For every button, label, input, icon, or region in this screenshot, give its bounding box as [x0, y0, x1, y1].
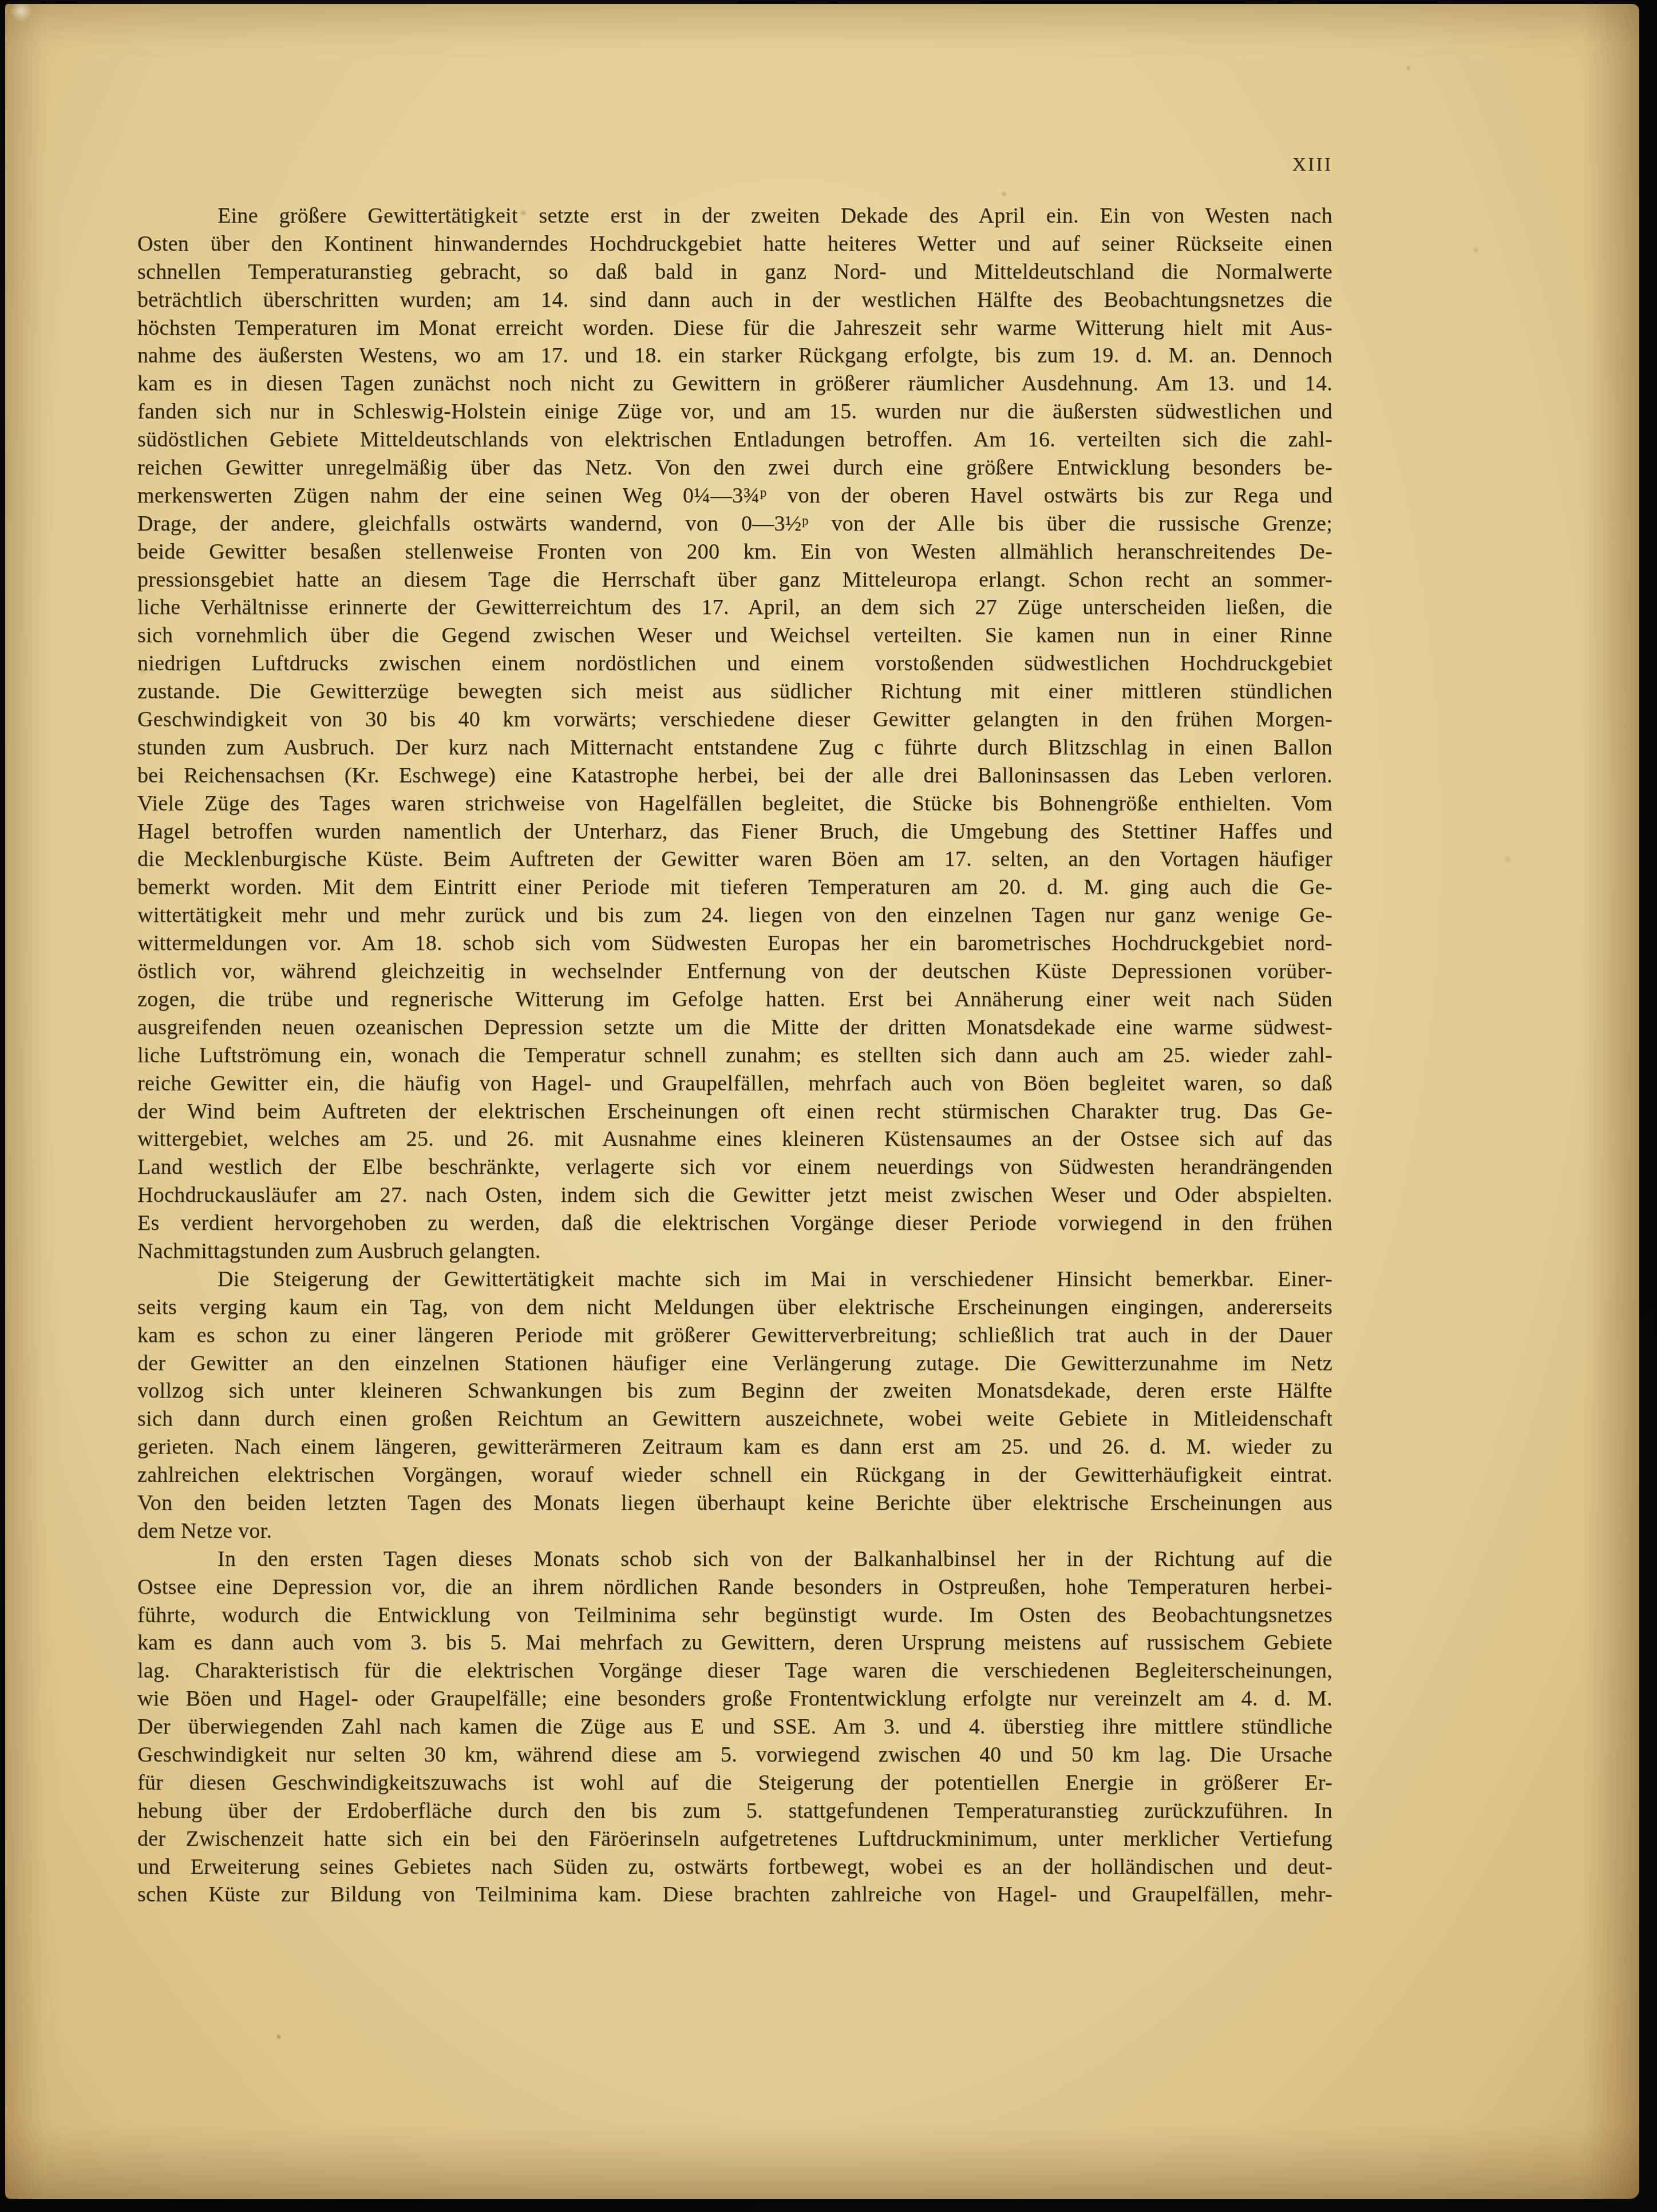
text-line: Hagel betroffen wurden namentlich der Un…	[137, 818, 1332, 846]
text-line: sich dann durch einen großen Reichtum an…	[137, 1405, 1332, 1433]
text-line: der Gewitter an den einzelnen Stationen …	[137, 1350, 1332, 1378]
text-line: Osten über den Kontinent hinwanderndes H…	[137, 230, 1332, 258]
text-line: ausgreifenden neuen ozeanischen Depressi…	[137, 1014, 1332, 1042]
text-line: kam es schon zu einer längeren Periode m…	[137, 1321, 1332, 1350]
text-line: für diesen Geschwindigkeitszuwachs ist w…	[137, 1769, 1332, 1797]
page-number: XIII	[137, 154, 1332, 176]
text-line: kam es dann auch vom 3. bis 5. Mai mehrf…	[137, 1629, 1332, 1657]
text-line: der Zwischenzeit hatte sich ein bei den …	[137, 1825, 1332, 1853]
text-line: Die Steigerung der Gewittertätigkeit mac…	[137, 1265, 1332, 1293]
text-line: beide Gewitter besaßen stellenweise Fron…	[137, 538, 1332, 566]
text-line: nahme des äußersten Westens, wo am 17. u…	[137, 342, 1332, 370]
text-line: wie Böen und Hagel- oder Graupelfälle; e…	[137, 1685, 1332, 1713]
text-line: bemerkt worden. Mit dem Eintritt einer P…	[137, 873, 1332, 901]
text-line: der Wind beim Auftreten der elektrischen…	[137, 1098, 1332, 1126]
text-line: gerieten. Nach einem längeren, gewitterä…	[137, 1433, 1332, 1461]
text-line: schnellen Temperaturanstieg gebracht, so…	[137, 258, 1332, 286]
text-line: wittergebiet, welches am 25. und 26. mit…	[137, 1125, 1332, 1153]
text-line: höchsten Temperaturen im Monat erreicht …	[137, 314, 1332, 342]
text-line: reichen Gewitter unregelmäßig über das N…	[137, 454, 1332, 482]
text-line: östlich vor, während gleichzeitig in wec…	[137, 957, 1332, 986]
text-line: dem Netze vor.	[137, 1517, 1332, 1545]
book-page: XIII Eine größere Gewittertätigkeit setz…	[5, 4, 1639, 2199]
text-line: Viele Züge des Tages waren strichweise v…	[137, 790, 1332, 818]
text-line: Geschwindigkeit nur selten 30 km, währen…	[137, 1741, 1332, 1769]
text-line: zahlreichen elektrischen Vorgängen, wora…	[137, 1461, 1332, 1489]
text-line: Es verdient hervorgehoben zu werden, daß…	[137, 1209, 1332, 1237]
text-line: zustande. Die Gewitterzüge bewegten sich…	[137, 678, 1332, 706]
text-line: pressionsgebiet hatte an diesem Tage die…	[137, 566, 1332, 594]
text-line: seits verging kaum ein Tag, von dem nich…	[137, 1293, 1332, 1321]
text-line: zogen, die trübe und regnerische Witteru…	[137, 986, 1332, 1014]
text-line: die Mecklenburgische Küste. Beim Auftret…	[137, 845, 1332, 873]
text-line: Nachmittagstunden zum Ausbruch gelangten…	[137, 1237, 1332, 1265]
text-line: Ostsee eine Depression vor, die an ihrem…	[137, 1573, 1332, 1601]
text-line: niedrigen Luftdrucks zwischen einem nord…	[137, 650, 1332, 678]
scanned-page-screenshot: { "page": { "page_number": "XIII", "para…	[0, 0, 1657, 2212]
text-line: wittermeldungen vor. Am 18. schob sich v…	[137, 929, 1332, 957]
text-line: hebung über der Erdoberfläche durch den …	[137, 1797, 1332, 1825]
text-line: reiche Gewitter ein, die häufig von Hage…	[137, 1070, 1332, 1098]
text-line: und Erweiterung seines Gebietes nach Süd…	[137, 1853, 1332, 1881]
text-line: südöstlichen Gebiete Mitteldeutschlands …	[137, 426, 1332, 454]
text-line: stunden zum Ausbruch. Der kurz nach Mitt…	[137, 734, 1332, 762]
text-line: vollzog sich unter kleineren Schwankunge…	[137, 1377, 1332, 1405]
text-line: Drage, der andere, gleichfalls ostwärts …	[137, 510, 1332, 538]
text-line: liche Verhältnisse erinnerte der Gewitte…	[137, 593, 1332, 622]
text-line: kam es in diesen Tagen zunächst noch nic…	[137, 370, 1332, 398]
text-line: lag. Charakteristisch für die elektrisch…	[137, 1657, 1332, 1685]
text-line: In den ersten Tagen dieses Monats schob …	[137, 1545, 1332, 1573]
text-line: liche Luftströmung ein, wonach die Tempe…	[137, 1042, 1332, 1070]
text-line: beträchtlich überschritten wurden; am 14…	[137, 286, 1332, 314]
text-line: sich vornehmlich über die Gegend zwische…	[137, 622, 1332, 650]
text-line: Geschwindigkeit von 30 bis 40 km vorwärt…	[137, 706, 1332, 734]
text-line: schen Küste zur Bildung von Teilminima k…	[137, 1881, 1332, 1909]
text-line: wittertätigkeit mehr und mehr zurück und…	[137, 901, 1332, 929]
text-line: bei Reichensachsen (Kr. Eschwege) eine K…	[137, 762, 1332, 790]
text-line: Hochdruckausläufer am 27. nach Osten, in…	[137, 1181, 1332, 1209]
text-line: Land westlich der Elbe beschränkte, verl…	[137, 1153, 1332, 1181]
text-line: Der überwiegenden Zahl nach kamen die Zü…	[137, 1713, 1332, 1741]
text-line: fanden sich nur in Schleswig-Holstein ei…	[137, 398, 1332, 426]
body-text: Eine größere Gewittertätigkeit setzte er…	[137, 202, 1332, 1909]
text-line: Von den beiden letzten Tagen des Monats …	[137, 1489, 1332, 1517]
text-line: merkenswerten Zügen nahm der eine seinen…	[137, 482, 1332, 510]
text-line: führte, wodurch die Entwicklung von Teil…	[137, 1601, 1332, 1629]
text-line: Eine größere Gewittertätigkeit setzte er…	[137, 202, 1332, 230]
